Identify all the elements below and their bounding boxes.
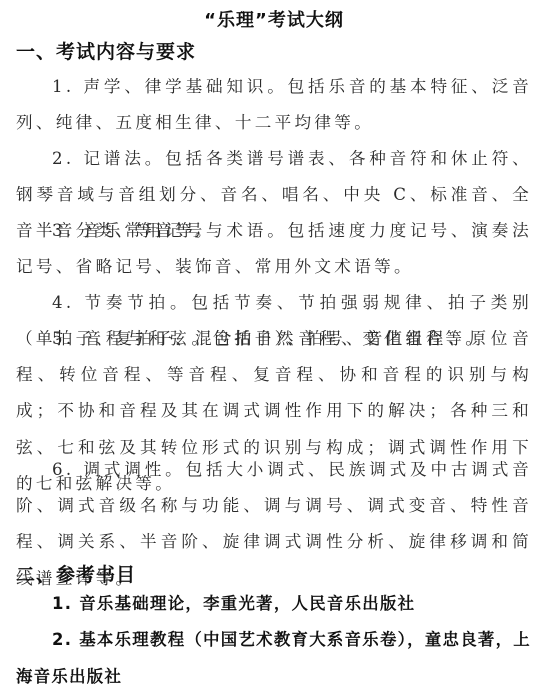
document-title: “乐理”考试大纲 [0, 6, 548, 36]
exam-content-item-3: 3. 音乐常用记号与术语。包括速度力度记号、演奏法记号、省略记号、装饰音、常用外… [16, 213, 532, 285]
section-heading-exam-content: 一、考试内容与要求 [16, 37, 196, 67]
document-page: “乐理”考试大纲 一、考试内容与要求 1. 声学、律学基础知识。包括乐音的基本特… [0, 0, 548, 688]
reference-item-1: 1. 音乐基础理论，李重光著，人民音乐出版社 [16, 586, 532, 623]
reference-item-2: 2. 基本乐理教程（中国艺术教育大系音乐卷），童忠良著，上海音乐出版社 [16, 622, 532, 688]
exam-content-item-1: 1. 声学、律学基础知识。包括乐音的基本特征、泛音列、纯律、五度相生律、十二平均… [16, 69, 532, 141]
